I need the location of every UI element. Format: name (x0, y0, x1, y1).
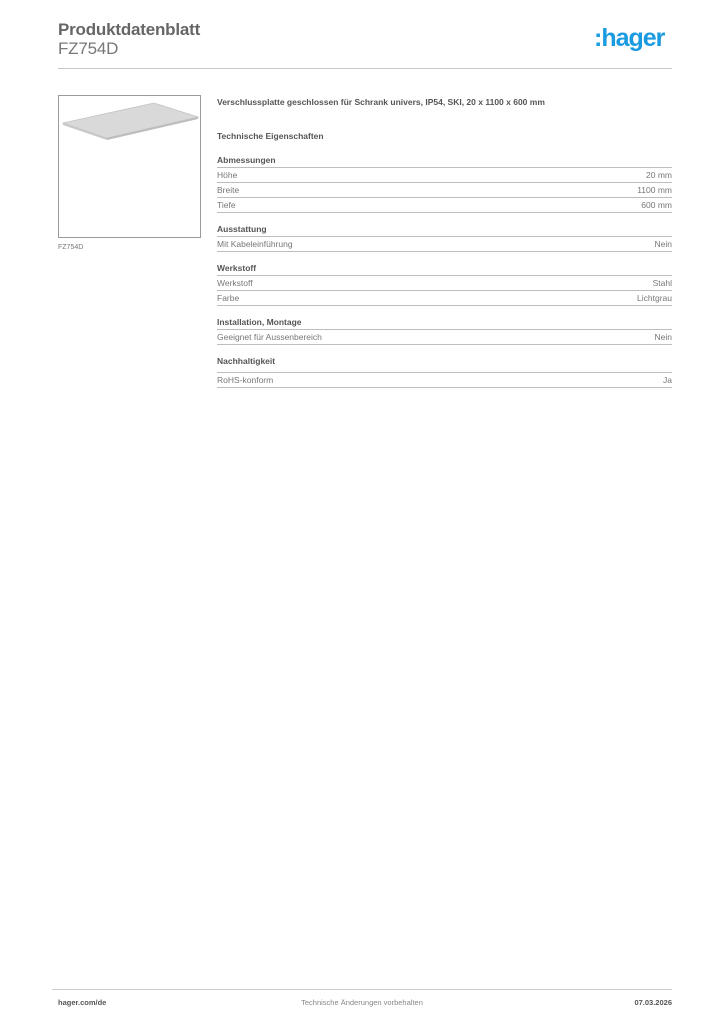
hager-logo: :hager (594, 26, 664, 51)
property-row: Mit KabeleinführungNein (217, 237, 672, 252)
property-label: Farbe (217, 292, 239, 305)
footer-date: 07.03.2026 (634, 998, 672, 1007)
property-label: Geeignet für Aussenbereich (217, 331, 322, 344)
section-title: Installation, Montage (217, 316, 672, 330)
property-value: Ja (663, 374, 672, 387)
property-row: Breite1100 mm (217, 183, 672, 198)
footer-disclaimer: Technische Änderungen vorbehalten (0, 998, 724, 1007)
property-label: Breite (217, 184, 239, 197)
property-label: Mit Kabeleinführung (217, 238, 293, 251)
property-label: Höhe (217, 169, 237, 182)
product-plate-icon (59, 96, 200, 237)
product-image (58, 95, 201, 238)
section-werkstoff: WerkstoffWerkstoffStahlFarbeLichtgrau (217, 262, 672, 306)
header-divider (58, 68, 672, 69)
property-label: RoHS-konform (217, 374, 273, 387)
property-value: Lichtgrau (637, 292, 672, 305)
property-value: 20 mm (646, 169, 672, 182)
property-value: Stahl (653, 277, 672, 290)
property-value: 1100 mm (637, 184, 672, 197)
section-installation-montage: Installation, MontageGeeignet für Aussen… (217, 316, 672, 345)
section-title: Abmessungen (217, 154, 672, 168)
article-number: FZ754D (58, 39, 118, 59)
property-value: Nein (655, 238, 672, 251)
section-title: Werkstoff (217, 262, 672, 276)
property-value: Nein (655, 331, 672, 344)
technical-sections: AbmessungenHöhe20 mmBreite1100 mmTiefe60… (217, 154, 672, 388)
property-label: Werkstoff (217, 277, 253, 290)
page-title: Produktdatenblatt (58, 20, 200, 40)
image-caption: FZ754D (58, 244, 83, 251)
section-ausstattung: AusstattungMit KabeleinführungNein (217, 223, 672, 252)
property-row: RoHS-konformJa (217, 373, 672, 388)
product-description: Verschlussplatte geschlossen für Schrank… (217, 96, 672, 110)
section-title: Ausstattung (217, 223, 672, 237)
footer-divider (52, 989, 672, 990)
property-row: FarbeLichtgrau (217, 291, 672, 306)
section-abmessungen: AbmessungenHöhe20 mmBreite1100 mmTiefe60… (217, 154, 672, 213)
technical-properties-title: Technische Eigenschaften (217, 130, 672, 142)
section-nachhaltigkeit: NachhaltigkeitRoHS-konformJa (217, 355, 672, 388)
property-label: Tiefe (217, 199, 236, 212)
property-value: 600 mm (641, 199, 672, 212)
product-details: Verschlussplatte geschlossen für Schrank… (217, 96, 672, 388)
property-row: Tiefe600 mm (217, 198, 672, 213)
property-row: WerkstoffStahl (217, 276, 672, 291)
property-row: Geeignet für AussenbereichNein (217, 330, 672, 345)
property-row: Höhe20 mm (217, 168, 672, 183)
section-title: Nachhaltigkeit (217, 355, 672, 373)
